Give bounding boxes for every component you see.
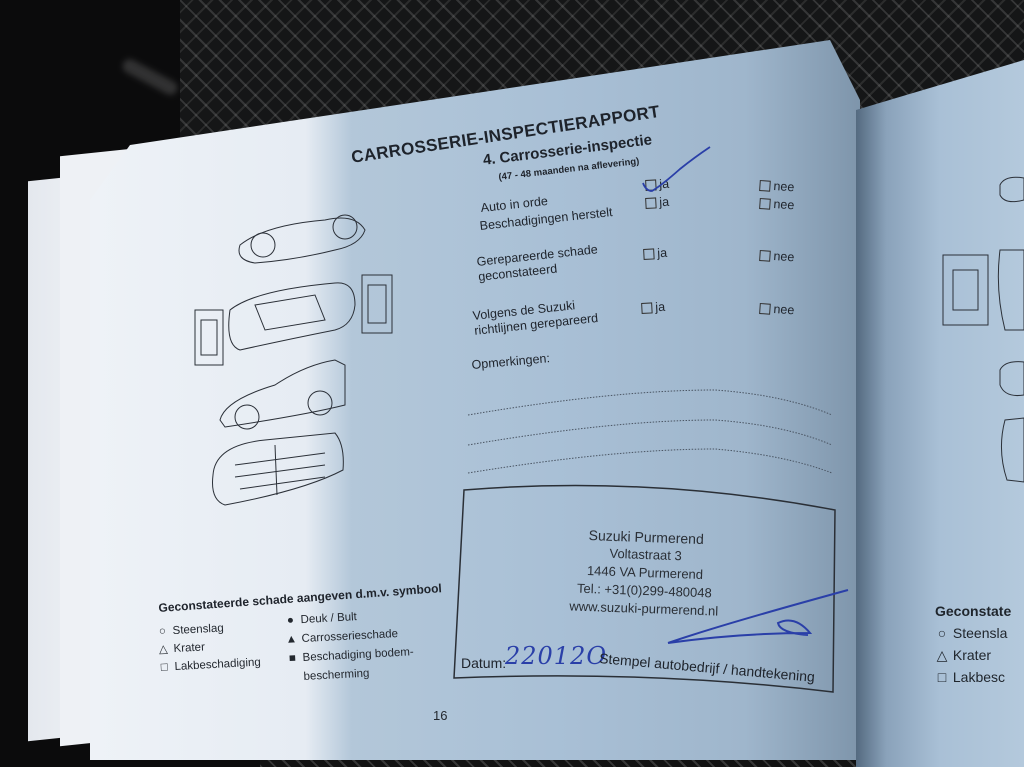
triangle-outline-icon: △ bbox=[935, 644, 949, 666]
checkbox-square-icon bbox=[643, 248, 655, 260]
handwritten-signature-icon bbox=[660, 585, 850, 655]
checkbox-square-icon bbox=[641, 302, 653, 314]
checkbox-square-icon bbox=[645, 197, 657, 209]
checkbox-square-icon bbox=[759, 249, 771, 261]
legend-left: ○ Steenslag △ Krater □ Lakbeschadiging bbox=[155, 618, 261, 677]
checkbox-richtlijnen-nee[interactable]: nee bbox=[759, 301, 795, 317]
triangle-outline-icon: △ bbox=[156, 640, 171, 659]
light-glare bbox=[120, 57, 180, 98]
car-diagram-views bbox=[185, 205, 410, 515]
page-number: 16 bbox=[433, 708, 447, 723]
circle-outline-icon: ○ bbox=[935, 622, 949, 644]
square-outline-icon: □ bbox=[157, 658, 172, 677]
date-label: Datum: bbox=[461, 655, 506, 671]
remarks-lines bbox=[465, 385, 835, 480]
right-page-car-diagrams bbox=[935, 170, 1024, 490]
right-legend-item: ○ Steensla bbox=[935, 622, 1011, 644]
right-legend-title: Geconstate bbox=[935, 600, 1011, 622]
handwritten-checkmark-icon bbox=[640, 145, 715, 195]
checkbox-square-icon bbox=[759, 302, 771, 314]
triangle-filled-icon: ▲ bbox=[284, 630, 299, 650]
right-legend-item: □ Lakbesc bbox=[935, 666, 1011, 688]
checkbox-auto-in-orde-nee[interactable]: nee bbox=[759, 178, 795, 194]
handwritten-date: 22012O bbox=[505, 642, 607, 670]
legend-right: ● Deuk / Bult ▲ Carrosserieschade ■ Besc… bbox=[283, 605, 415, 688]
checkbox-beschadigingen-nee[interactable]: nee bbox=[759, 196, 795, 212]
checkbox-richtlijnen-ja[interactable]: ja bbox=[641, 300, 665, 315]
circle-filled-icon: ● bbox=[283, 611, 298, 631]
circle-outline-icon: ○ bbox=[155, 622, 170, 641]
square-outline-icon: □ bbox=[935, 666, 949, 688]
checkbox-square-icon bbox=[759, 179, 771, 191]
checkbox-square-icon bbox=[759, 197, 771, 209]
right-page-legend: Geconstate ○ Steensla △ Krater □ Lakbesc bbox=[935, 600, 1011, 688]
checkbox-gerepareerde-nee[interactable]: nee bbox=[759, 248, 795, 264]
checkbox-gerepareerde-ja[interactable]: ja bbox=[643, 246, 667, 261]
checkbox-beschadigingen-ja[interactable]: ja bbox=[645, 195, 669, 210]
square-filled-icon: ■ bbox=[285, 649, 300, 669]
right-legend-item: △ Krater bbox=[935, 644, 1011, 666]
